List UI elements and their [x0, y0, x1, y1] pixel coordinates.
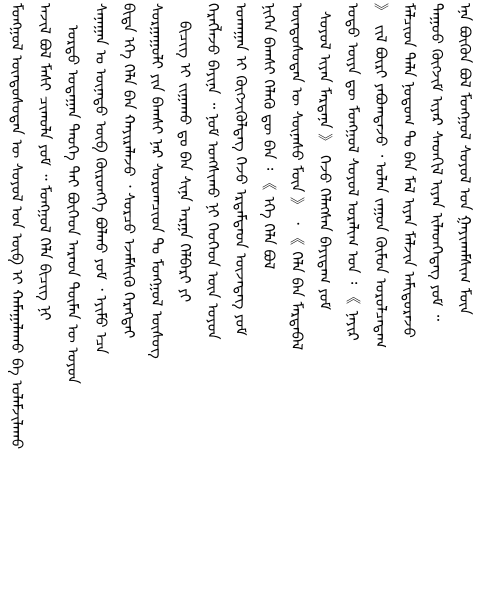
text-column: ᠨᠢᠭᠡᠨ ᠪᠠᠭᠰᠢ ᠬᠡᠯᠡᠬᠦ ᠳᠦ ᠪᠡᠨ ᠄ 《 ᠡᠬᠡ ᠬᠡᠯᠡ ᠪ…	[255, 3, 283, 593]
text-column: ᠦᠨᠳᠦᠰᠦᠲᠡᠨ ᠦ ᠰᠦᠨᠡᠰᠦ ᠮᠥᠨ 》 ᠂ 《 ᠬᠡᠯᠡ ᠪᠡᠨ ᠮᠠ…	[283, 3, 311, 593]
text-column: ᠤᠷᠲᠤ ᠤᠳᠠᠭᠠᠨ ᠲᠡᠦᠬᠡ ᠲᠡᠢ ᠪᠥᠭᠡᠳ ᠠᠷᠠᠳ ᠲᠦᠮᠡᠨ ᠦ…	[59, 3, 87, 593]
text-column: ᠰᠤᠷᠭᠠᠭᠤᠯᠢ ᠶᠢᠨ ᠪᠠᠭᠰᠢ ᠨᠠᠷ ᠰᠤᠷᠤᠭᠴᠢᠳ ᠲᠤ ᠮᠣᠩᠭ…	[143, 3, 171, 593]
document-page: ᠮᠣᠩᠭᠣᠯ ᠦᠨᠳᠦᠰᠦᠲᠡᠨ ᠦ ᠰᠣᠶᠣᠯ ᠤᠨ ᠥᠪ ᠢ ᠬᠠᠮᠠᠭᠠᠯ…	[0, 0, 482, 595]
text-column: ᠡᠨᠡ ᠪᠦᠬᠦᠨ ᠪᠣᠯ ᠮᠣᠩᠭᠣᠯ ᠰᠣᠶᠣᠯ ᠤᠨ ᠭᠠᠶᠢᠬᠠᠮᠰᠢᠭ…	[451, 3, 479, 593]
text-column: ᠪᠢᠴᠢᠭ ᠢ ᠵᠢᠭᠠᠬᠤ ᠳᠤ ᠪᠠᠨ ᠰᠢᠨᠡ ᠠᠷᠭᠠ ᠬᠡᠯᠪᠡᠷᠢ …	[171, 3, 199, 593]
text-column: ᠣᠳᠣ ᠦᠶᠡ ᠳᠦ ᠮᠣᠩᠭᠣᠯ ᠰᠣᠶᠣᠯ ᠤᠷᠠᠯᠢᠭ ᠤᠨ ᠄ 《 ᠨᠠ…	[339, 3, 367, 593]
text-column: ᠰᠣᠶᠣᠯ ᠢᠶᠠᠨ ᠮᠠᠷᠲᠠᠨᠠ 》 ᠭᠡᠵᠦ ᠬᠡᠯᠡᠭᠰᠡᠨ ᠪᠠᠶᠢᠳ…	[311, 3, 339, 593]
text-column: ᠤᠬᠠᠭᠠᠨ ᠢ ᠬᠥᠭᠵᠢᠭᠦᠯᠳᠡᠭ ᠭᠡᠵᠦ ᠡᠷᠳᠡᠮᠲᠡᠳ ᠦᠵᠡᠳᠡ…	[227, 3, 255, 593]
text-column: ᠬᠡᠷᠡᠭᠯᠡᠵᠦ ᠪᠠᠶᠢᠨᠠ ᠃ ᠨᠣᠮ ᠤᠩᠰᠢᠬᠤ ᠨᠢ ᠬᠡᠦᠬᠡᠳ …	[199, 3, 227, 593]
text-column: ᠠᠵᠢᠯ ᠪᠣᠯ ᠮᠠᠰᠢ ᠴᠢᠬᠤᠯᠠ ᠶᠤᠮ ᠃ ᠮᠣᠩᠭᠣᠯ ᠬᠡᠯᠡ ᠪ…	[31, 3, 59, 593]
text-column: ᠮᠣᠩᠭᠣᠯ ᠦᠨᠳᠦᠰᠦᠲᠡᠨ ᠦ ᠰᠣᠶᠣᠯ ᠤᠨ ᠥᠪ ᠢ ᠬᠠᠮᠠᠭᠠᠯ…	[3, 3, 31, 593]
text-column: ᠮᠠᠯᠴᠢᠳ ᠲᠠᠯᠠ ᠨᠤᠲᠤᠭ ᠲᠤ ᠪᠠᠨ ᠮᠠᠯ ᠢᠶᠠᠨ ᠮᠠᠯᠵᠢᠨ…	[395, 3, 423, 593]
text-column: ᠪᠢᠳᠡ ᠡᠬᠡ ᠬᠡᠯᠡ ᠪᠡᠨ ᠬᠠᠶᠢᠷᠠᠯᠠᠵᠤ ᠂ ᠰᠤᠷᠴᠤ ᠡᠵᠡ…	[115, 3, 143, 593]
text-column: ᠰᠠᠨᠠᠭᠠᠨ ᠤ ᠦᠨᠡᠲᠦ ᠥᠪ ᠬᠥᠷᠥᠩᠭᠡ ᠪᠣᠯᠬᠤ ᠶᠤᠮ ᠂ ᠡ…	[87, 3, 115, 593]
text-column: ᠳᠠᠭᠤᠤ ᠬᠥᠭᠵᠢᠮ ᠢᠶᠡᠷ ᠰᠡᠳᠬᠢᠯ ᠢᠶᠡᠨ ᠢᠯᠡᠳᠬᠡᠳᠡᠭ …	[423, 3, 451, 593]
text-column: 》 ᠵᠢᠯ ᠪᠦᠷᠢ ᠶᠠᠪᠤᠭᠳᠠᠵᠤ ᠂ ᠣᠯᠠᠨ ᠵᠠᠭᠤᠨ ᠬᠥᠮᠦᠨ …	[367, 3, 395, 593]
